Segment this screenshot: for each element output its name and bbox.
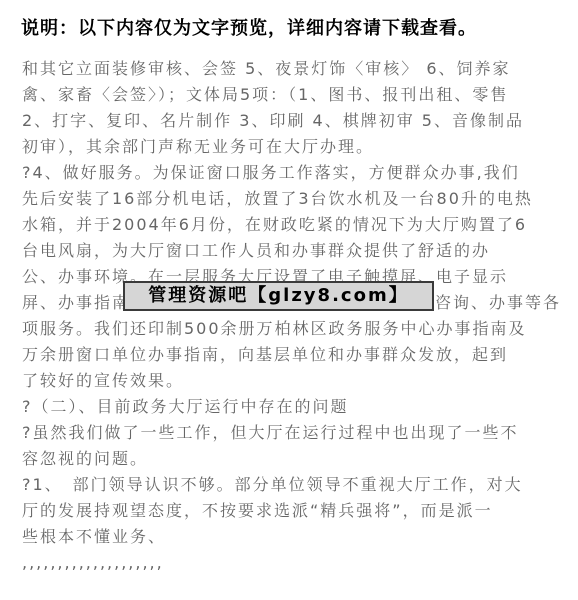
- text-line: 容忽视的问题。: [22, 446, 567, 472]
- text-line: ?（二）、目前政务大厅运行中存在的问题: [22, 394, 567, 420]
- text-line: ?1、 部门领导认识不够。部分单位领导不重视大厅工作，对大: [22, 472, 567, 498]
- text-line: 厅的发展持观望态度，不按要求选派“精兵强将”，而是派一: [22, 498, 567, 524]
- text-line: 和其它立面装修审核、会签 5、夜景灯饰〈审核〉 6、饲养家: [22, 56, 567, 82]
- text-line: 水箱，并于2004年6月份，在财政吃紧的情况下为大厅购置了6: [22, 212, 567, 238]
- document-preview-page: { "page": { "background": "#ffffff", "bo…: [0, 0, 578, 600]
- text-line: 先后安装了16部分机电话，放置了3台饮水机及一台80升的电热: [22, 186, 567, 212]
- text-line: 些根本不懂业务、: [22, 524, 567, 550]
- text-line: 万余册窗口单位办事指南，向基层单位和办事群众发放，起到: [22, 342, 567, 368]
- document-body: 和其它立面装修审核、会签 5、夜景灯饰〈审核〉 6、饲养家禽、家畜〈会签〉）；文…: [22, 56, 567, 576]
- text-line: 2、打字、复印、名片制作 3、印刷 4、棋牌初审 5、音像制品: [22, 108, 567, 134]
- text-line: ?4、做好服务。为保证窗口服务工作落实，方便群众办事,我们: [22, 160, 567, 186]
- preview-notice: 说明：以下内容仅为文字预览，详细内容请下载查看。: [21, 14, 477, 40]
- text-segment-right: 咨询、办事等各: [435, 290, 561, 316]
- watermark-badge: 管理资源吧【glzy8.com】: [123, 281, 434, 311]
- text-line: 初审），其余部门声称无业务可在大厅办理。: [22, 134, 567, 160]
- text-line: 项服务。我们还印制500余册万柏林区政务服务中心办事指南及: [22, 316, 567, 342]
- text-line: ?虽然我们做了一些工作，但大厅在运行过程中也出现了一些不: [22, 420, 567, 446]
- text-line: 台电风扇，为大厅窗口工作人员和办事群众提供了舒适的办: [22, 238, 567, 264]
- text-segment-left: 屏、办事指南: [22, 293, 130, 312]
- text-line: 禽、家畜〈会签〉）；文体局5项：（1、图书、报刊出租、零售: [22, 82, 567, 108]
- text-line: ,,,,,,,,,,,,,,,,,,,,: [22, 550, 567, 576]
- text-line: 了较好的宣传效果。: [22, 368, 567, 394]
